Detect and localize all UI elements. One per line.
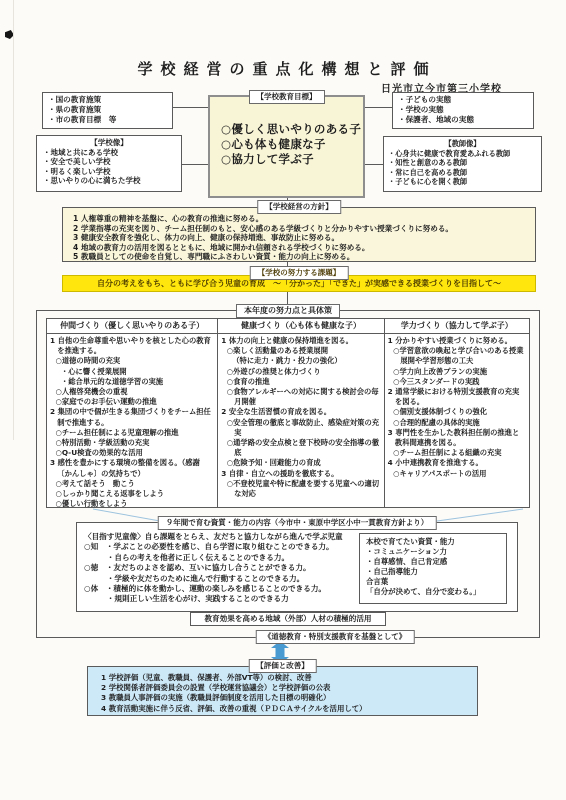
list-item: 4 地域の教育力の活用を図るとともに、地域に開かれ信頼される学校づくりに努める。: [73, 243, 527, 253]
list-item: ・子どもの実態: [398, 95, 528, 105]
list-item: ○学習意欲の喚起と学び合いのある授業展開や学習形態の工夫: [393, 346, 526, 366]
teacher-image-box: 【教師像】 ・心身共に健康で教育愛あふれる教師・知性と創意のある教師・常に自己を…: [383, 136, 542, 192]
school-education-goal-box: 【学校教育目標】 ○優しく思いやりのある子○心も体も健康な子○協力して学ぶ子: [208, 95, 365, 198]
list-item: ○楽しく活動量のある授業展開: [227, 346, 381, 356]
list-item: ○人権啓発機会の重視: [55, 387, 214, 397]
list-item: 2 通常学級における特別支援教育の充実を図る。: [388, 387, 526, 407]
list-item: ○協力して学ぶ子: [221, 152, 363, 167]
list-item: ○個別支援体制づくりの強化: [393, 407, 526, 417]
list-item: ○通学路の安全点検と登下校時の安全指導の徹底: [227, 438, 381, 458]
list-item: ○知 ・学ぶことの必要性を感じ、自ら学習に取り組むことのできる力。: [84, 542, 356, 552]
list-item: ○合理的配慮の具体的実施: [393, 418, 526, 428]
list-item: 2 集団の中で個が生きる集団づくりをチーム担任制で推進する。: [50, 407, 214, 427]
list-item: ・子どもに心を開く教師: [388, 177, 537, 187]
list-item: ・常に自己を高める教師: [388, 168, 537, 178]
list-item: ・地域と共にある学校: [43, 148, 175, 158]
list-item: 1 人権尊重の精神を基盤に、心の教育の推進に努める。: [73, 214, 527, 224]
page-title: 学校経営の重点化構想と評価: [0, 58, 566, 79]
connector-line: [172, 107, 208, 108]
list-item: ○チーム担任制による組織の充実: [393, 448, 526, 458]
column-health-body: 1 体力の向上と健康の保持増進を図る。○楽しく活動量のある授業展開（特に走力・跳…: [218, 334, 383, 507]
column-academic-header: 学力づくり（協力して学ぶ子）: [385, 319, 529, 334]
list-item: ○体 ・積極的に体を動かし、運動の楽しみを感じることのできる力。: [84, 584, 356, 594]
challenge-box-label: 【学校の努力する課題】: [250, 266, 349, 280]
annual-effort-title: 本年度の努力点と具体策: [236, 304, 340, 318]
list-item: ・学校の実態: [398, 105, 528, 115]
list-item: （特に走力・跳力・投力の強化）: [232, 356, 380, 366]
list-item: ○今三スタンダードの実践: [393, 377, 526, 387]
connector-line: [182, 164, 208, 165]
challenge-text: 自分の考えをもち、ともに学び合う児童の育成 ～「分かった」「できた」が実感できる…: [97, 279, 501, 288]
list-item: 1 自他の生命尊重や思いやりを核とした心の教育を推進する。: [50, 336, 214, 356]
list-item: ・規則正しい生活を心がけ、実践することのできる力: [107, 594, 356, 604]
effort-challenge-box: 【学校の努力する課題】 自分の考えをもち、ともに学び合う児童の育成 ～「分かった…: [62, 275, 536, 292]
list-item: ○チーム担任制による児童理解の推進: [55, 428, 214, 438]
list-item: ○道徳の時間の充実: [55, 356, 214, 366]
list-item: ○Q-U検査の効果的な活用: [55, 448, 214, 458]
foundation-label: 《道徳教育・特別支援教育を基盤として》: [256, 630, 415, 644]
list-item: ・知性と創意のある教師: [388, 158, 537, 168]
list-item: ○不登校児童や特に配慮を要する児童への適切な対応: [227, 479, 381, 499]
school-image-box: 【学校像】 ・地域と共にある学校・安全で美しい学校・明るく楽しい学校・思いやりの…: [36, 135, 182, 192]
column-academic-body: 1 分かりやすい授業づくりに努める。○学習意欲の喚起と学び合いのある授業展開や学…: [385, 334, 529, 507]
list-item: ・自己指導能力: [366, 567, 500, 577]
side-box-title: 本校で育てたい資質・能力: [366, 537, 500, 547]
community-resources-box: 教育効果を高める地域（外部）人材の積極的活用: [190, 612, 386, 626]
effort-columns-table: 仲間づくり（優しく思いやりのある子） 1 自他の生命尊重や思いやりを核とした心の…: [46, 318, 530, 508]
list-item: ○キャリアパスポートの活用: [393, 469, 526, 479]
column-friendship: 仲間づくり（優しく思いやりのある子） 1 自他の生命尊重や思いやりを核とした心の…: [47, 319, 218, 507]
list-item: ・自尊感情、自己肯定感: [366, 557, 500, 567]
reality-list: ・子どもの実態・学校の実態・保護者、地域の実態: [398, 95, 528, 125]
connector-line: [365, 107, 392, 108]
list-item: 3 感性を豊かにする環境の整備を図る。（感謝〔かんしゃ〕の気持ちで）: [50, 458, 214, 478]
school-competencies-side-box: 本校で育てたい資質・能力 ・コミュニケーション力・自尊感情、自己肯定感・自己指導…: [359, 533, 507, 604]
side-box-list: ・コミュニケーション力・自尊感情、自己肯定感・自己指導能力合言葉「自分が決めて、…: [366, 547, 500, 597]
education-policy-inputs-box: ・国の教育施策・県の教育施策・市の教育目標 等: [42, 92, 173, 129]
evaluation-list: 1 学校評価（児童、教職員、保護者、外部VT等）の検討、改善2 学校関係者評価委…: [101, 673, 471, 714]
inputs-list: ・国の教育施策・県の教育施策・市の教育目標 等: [48, 95, 167, 125]
list-item: 1 学校評価（児童、教職員、保護者、外部VT等）の検討、改善: [101, 673, 471, 683]
list-item: ・心に響く授業展開: [61, 367, 214, 377]
evaluation-improvement-box: 【評価と改善】 1 学校評価（児童、教職員、保護者、外部VT等）の検討、改善2 …: [87, 666, 478, 716]
list-item: ・県の教育施策: [48, 105, 167, 115]
list-item: 2 安全な生活習慣の育成を図る。: [221, 407, 380, 417]
list-item: ○家庭でのお手伝い運動の推進: [55, 397, 214, 407]
management-policy-box: 【学校経営の方針】 1 人権尊重の精神を基盤に、心の教育の推進に努める。2 学業…: [62, 207, 536, 262]
list-item: 3 専門性を生かした教科担任制の推進と教科間連携を図る。: [388, 428, 526, 448]
list-item: 3 教職員人事評価の実施（教職員評価制度を活用した目標の明確化）: [101, 693, 471, 703]
list-item: ○外遊びの推奨と体力づくり: [227, 367, 381, 377]
list-item: ○しっかり聞こえる返事をしよう: [55, 489, 214, 499]
teacher-image-label: 【教師像】: [388, 139, 537, 149]
nine-year-title: ９年間で育む資質・能力の内容（今市中・東原中学区小中一貫教育方針より）: [158, 516, 437, 530]
list-item: 5 教職員としての使命を自覚し、専門職にふさわしい資質・能力の向上に努める。: [73, 252, 527, 262]
list-item: ○安全管理の徹底と事故防止、感染症対策の充実: [227, 418, 381, 438]
list-item: 「自分が決めて、自分で変わる。」: [366, 587, 500, 597]
policy-list: 1 人権尊重の精神を基盤に、心の教育の推進に努める。2 学業指導の充実を図り、チ…: [73, 214, 527, 262]
list-item: ○心も体も健康な子: [221, 137, 363, 152]
list-item: 4 教育活動実施に伴う反省、評価、改善の重視（ＰＤＣＡサイクルを活用して）: [101, 704, 471, 714]
goal-box-label: 【学校教育目標】: [249, 90, 325, 104]
column-friendship-header: 仲間づくり（優しく思いやりのある子）: [47, 319, 217, 334]
teacher-image-list: ・心身共に健康で教育愛あふれる教師・知性と創意のある教師・常に自己を高める教師・…: [388, 149, 537, 187]
list-item: ・国の教育施策: [48, 95, 167, 105]
nine-year-list: 〈目指す児童像〉自ら課題をとらえ、友だちと協力しながら進んで学ぶ児童○知 ・学ぶ…: [84, 532, 356, 605]
list-item: ○優しく思いやりのある子: [221, 122, 363, 137]
list-item: 〈目指す児童像〉自ら課題をとらえ、友だちと協力しながら進んで学ぶ児童: [84, 532, 356, 542]
list-item: ○考えて話そう 動こう: [55, 479, 214, 489]
list-item: ○学力向上改善プランの実施: [393, 367, 526, 377]
list-item: 2 学校関係者評価委員会の設置（学校運営協議会）と学校評価の公表: [101, 683, 471, 693]
column-friendship-body: 1 自他の生命尊重や思いやりを核とした心の教育を推進する。○道徳の時間の充実・心…: [47, 334, 217, 507]
list-item: ・市の教育目標 等: [48, 115, 167, 125]
list-item: 1 分かりやすい授業づくりに努める。: [388, 336, 526, 346]
list-item: ・思いやりの心に満ちた学校: [43, 176, 175, 186]
list-item: ・総合単元的な道徳学習の実施: [61, 377, 214, 387]
list-item: ・心身共に健康で教育愛あふれる教師: [388, 149, 537, 159]
list-item: ・自らの考えを他者に正しく伝えることのできる力。: [107, 553, 356, 563]
list-item: ○食物アレルギーへの対応に関する検討会の毎月開催: [227, 387, 381, 407]
list-item: ・明るく楽しい学校: [43, 167, 175, 177]
list-item: 3 自律・自立への援助を徹底する。: [221, 469, 380, 479]
list-item: ○危険予知・回避能力の育成: [227, 458, 381, 468]
column-academic: 学力づくり（協力して学ぶ子） 1 分かりやすい授業づくりに努める。○学習意欲の喚…: [385, 319, 529, 507]
column-health: 健康づくり（心も体も健康な子） 1 体力の向上と健康の保持増進を図る。○楽しく活…: [218, 319, 384, 507]
list-item: 4 小中連携教育を推進する。: [388, 458, 526, 468]
school-reality-box: ・子どもの実態・学校の実態・保護者、地域の実態: [392, 92, 534, 129]
list-item: ・保護者、地域の実態: [398, 115, 528, 125]
list-item: ○特別活動・学級活動の充実: [55, 438, 214, 448]
connector-line: [365, 164, 383, 165]
evaluation-box-label: 【評価と改善】: [248, 659, 317, 673]
list-item: ・安全で美しい学校: [43, 157, 175, 167]
school-image-label: 【学校像】: [43, 138, 175, 148]
list-item: 3 健康安全教育を強化し、体力の向上、健康の保持増進、事故防止に努める。: [73, 233, 527, 243]
list-item: 2 学業指導の充実を図り、チーム担任制のもと、安心感のある学級づくりと分かりやす…: [73, 224, 527, 234]
document-page: 学校経営の重点化構想と評価 日光市立今市第三小学校 ・国の教育施策・県の教育施策…: [0, 0, 566, 800]
list-item: 合言葉: [366, 577, 500, 587]
list-item: ○徳 ・友だちのよさを認め、互いに協力し合うことができる力。: [84, 563, 356, 573]
goal-list: ○優しく思いやりのある子○心も体も健康な子○協力して学ぶ子: [210, 122, 363, 166]
policy-box-label: 【学校経営の方針】: [257, 200, 341, 214]
list-item: ・学級や友だちのために進んで行動することのできる力。: [107, 574, 356, 584]
list-item: 1 体力の向上と健康の保持増進を図る。: [221, 336, 380, 346]
nine-year-competencies-box: ９年間で育む資質・能力の内容（今市中・東原中学区小中一貫教育方針より） 〈目指す…: [76, 522, 518, 612]
school-image-list: ・地域と共にある学校・安全で美しい学校・明るく楽しい学校・思いやりの心に満ちた学…: [43, 148, 175, 186]
community-resources-text: 教育効果を高める地域（外部）人材の積極的活用: [204, 614, 371, 623]
list-item: ○食育の推進: [227, 377, 381, 387]
list-item: ・コミュニケーション力: [366, 547, 500, 557]
column-health-header: 健康づくり（心も体も健康な子）: [218, 319, 383, 334]
